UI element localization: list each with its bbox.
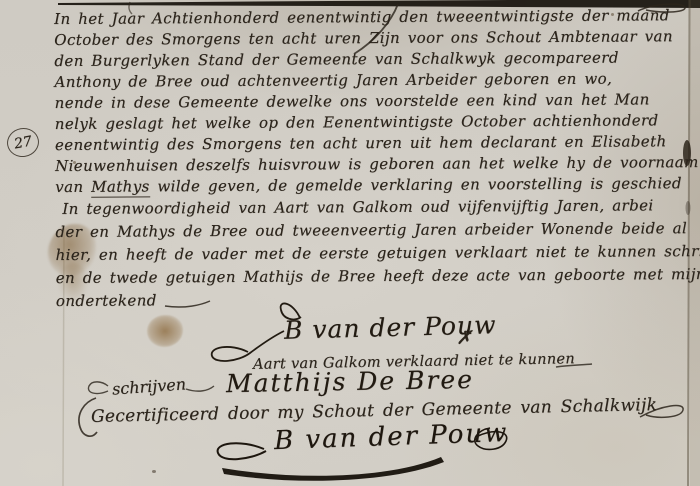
manuscript-line: en de twede getuigen Mathijs de Bree hee… [56,263,698,290]
margin-number: 27 [13,133,33,152]
name-line-pre: van [55,178,83,196]
schrijven-swirl-flourish [88,382,108,394]
witness-cross-mark: ✗ [456,327,472,349]
act-body-text: In het Jaar Achtienhonderd eenentwintig … [54,5,698,313]
schrijven-tail-flourish [186,386,214,391]
final-signature-swash [222,457,444,481]
witness-signature-debree: Matthijs De Bree [226,365,474,398]
manuscript-line: ondertekend [56,286,698,313]
child-name-underlined: Mathys [91,177,150,197]
witness-statement-continuation: schrijven [111,374,186,398]
paper-speck [152,470,156,473]
schout-signature-2: B van der Pouw [274,418,509,456]
final-signature-oval [218,443,266,459]
name-line-post: wilde geven, de gemelde verklaring en vo… [157,174,682,195]
manuscript-page: 27 In het Jaar Achtienhonderd eenentwint… [0,0,700,486]
paper-stain [147,315,183,347]
margin-number-circle: 27 [5,125,42,159]
